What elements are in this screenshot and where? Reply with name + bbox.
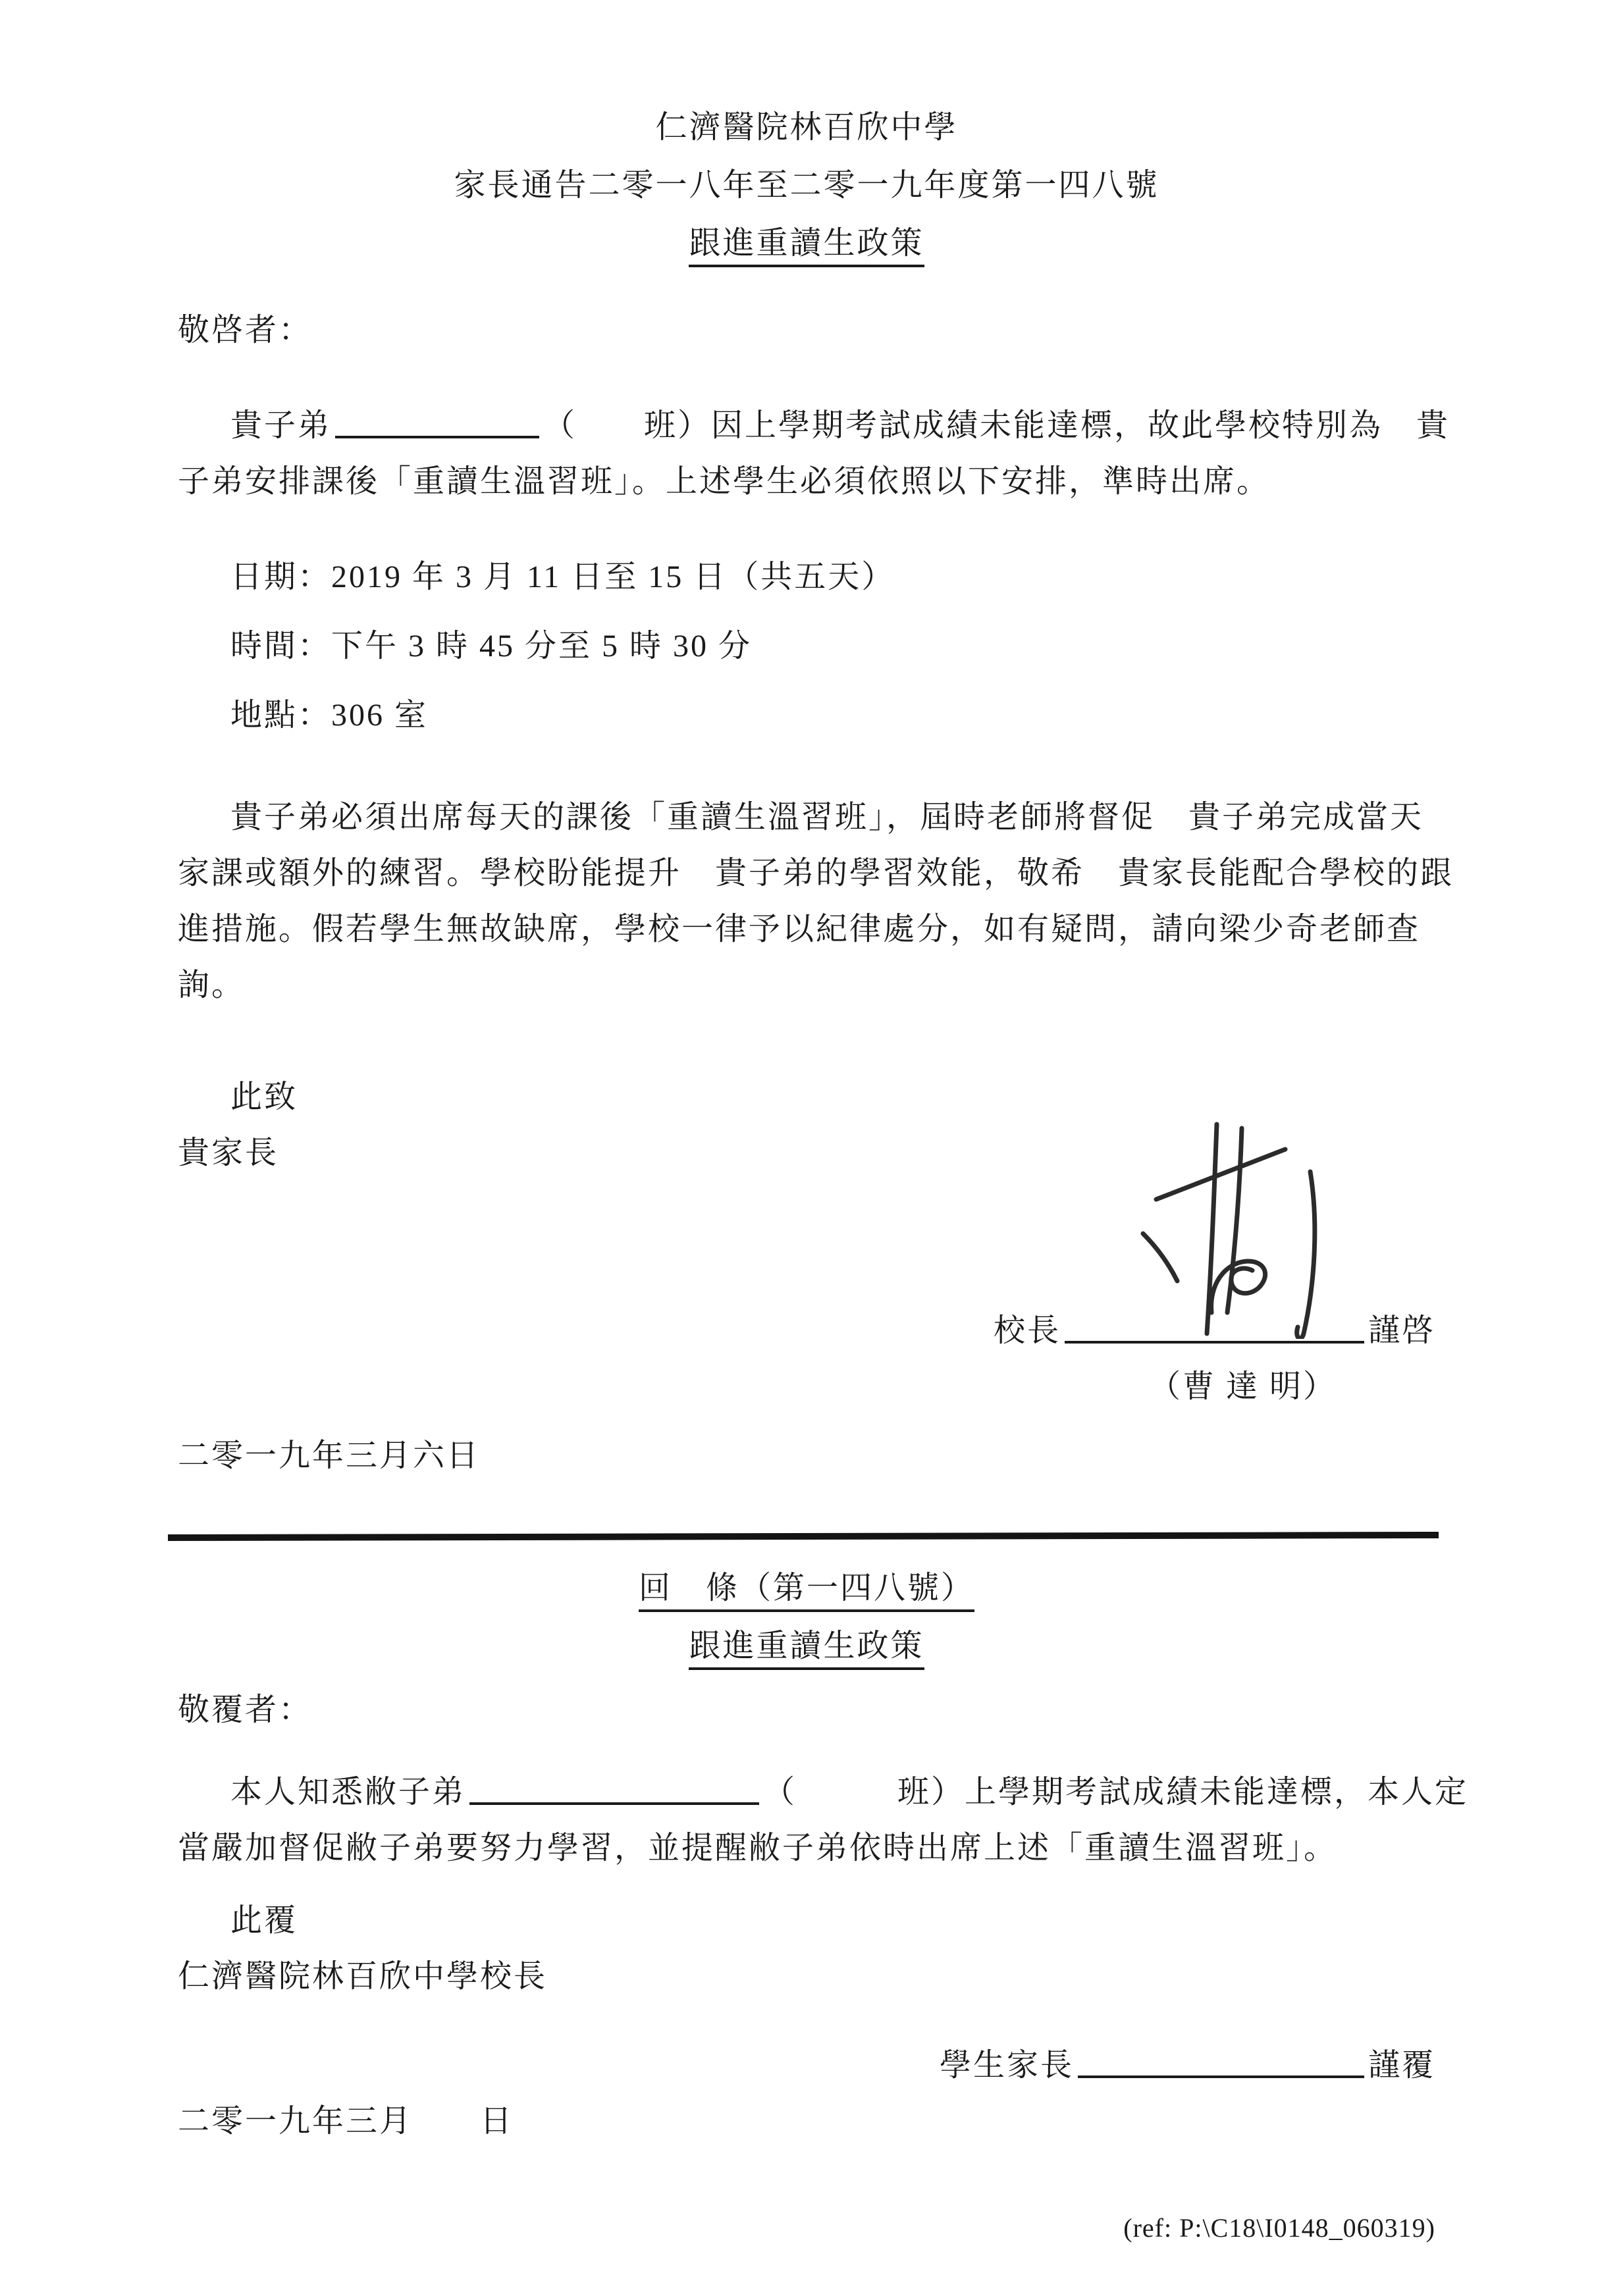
reply-date: 二零一九年三月 日 [178,2093,1435,2149]
notice-page: 仁濟醫院林百欣中學 家長通告二零一八年至二零一九年度第一四八號 跟進重讀生政策 … [0,0,1623,2296]
reply-paragraph-line1: 本人知悉敝子弟（ 班）上學期考試成績未能達標，本人定 [178,1764,1435,1820]
parent-label: 學生家長 [940,2048,1074,2083]
file-reference: (ref: P:\C18\I0148_060319) [178,2208,1435,2248]
reply-title: 回 條（第一四八號） [178,1559,1435,1617]
paragraph2-line3: 進措施。假若學生無故缺席，學校一律予以紀律處分，如有疑問，請向梁少奇老師查 [178,901,1435,957]
parent-suffix: 謹覆 [1368,2048,1435,2083]
schedule-date-line: 日期：2019 年 3 月 11 日至 15 日（共五天） [178,549,1435,605]
reply-student-name-blank-line [469,1783,759,1805]
notice-number: 家長通告二零一八年至二零一九年度第一四八號 [178,157,1435,215]
paragraph2-line4: 詢。 [178,957,1435,1013]
reply-lead: 本人知悉敝子弟 [230,1775,466,1810]
principal-sign-area: 校長謹啓 （曹 達 明） [178,1181,1435,1415]
parent-sign-row: 學生家長謹覆 [178,2037,1435,2093]
reply-salutation: 敬覆者： [178,1682,1435,1738]
reply-subject: 跟進重讀生政策 [178,1617,1435,1675]
reply-subject-text: 跟進重讀生政策 [689,1629,924,1670]
paragraph1-line2: 子弟安排課後「重讀生溫習班」。上述學生必須依照以下安排，準時出席。 [178,454,1435,509]
paragraph1-line1: 貴子弟（ 班）因上學期考試成績未能達標，故此學校特別為 貴 [178,398,1435,454]
paragraph2-line2: 家課或額外的練習。學校盼能提升 貴子弟的學習效能，敬希 貴家長能配合學校的跟 [178,845,1435,901]
paragraph1-lead: 貴子弟 [230,408,331,443]
parent-signature-line [1078,2056,1364,2078]
reply-rest: （ 班）上學期考試成績未能達標，本人定 [763,1775,1468,1810]
reply-title-text: 回 條（第一四八號） [639,1571,974,1612]
salutation: 敬啓者： [178,302,1435,358]
paragraph2-line1: 貴子弟必須出席每天的課後「重讀生溫習班」，屆時老師將督促 貴子弟完成當天 [178,789,1435,845]
schedule-time-line: 時間：下午 3 時 45 分至 5 時 30 分 [178,618,1435,674]
notice-subject: 跟進重讀生政策 [178,215,1435,273]
school-name: 仁濟醫院林百欣中學 [178,99,1435,157]
student-name-blank-line [335,416,539,438]
paragraph1-rest: （ 班）因上學期考試成績未能達標，故此學校特別為 貴 [543,408,1450,443]
schedule-venue-line: 地點：306 室 [178,687,1435,743]
letter-date: 二零一九年三月六日 [178,1428,1435,1484]
notice-subject-text: 跟進重讀生政策 [689,226,924,267]
reply-cifu: 此覆 [178,1892,1435,1948]
principal-label: 校長 [994,1313,1061,1348]
principal-suffix: 謹啓 [1368,1313,1435,1348]
reply-paragraph-line2: 當嚴加督促敝子弟要努力學習，並提醒敝子弟依時出席上述「重讀生溫習班」。 [178,1820,1435,1876]
reply-recipient: 仁濟醫院林百欣中學校長 [178,1948,1435,2004]
tear-off-divider [168,1532,1439,1541]
principal-signature [1113,1115,1337,1339]
principal-name: （曹 達 明） [178,1359,1337,1415]
